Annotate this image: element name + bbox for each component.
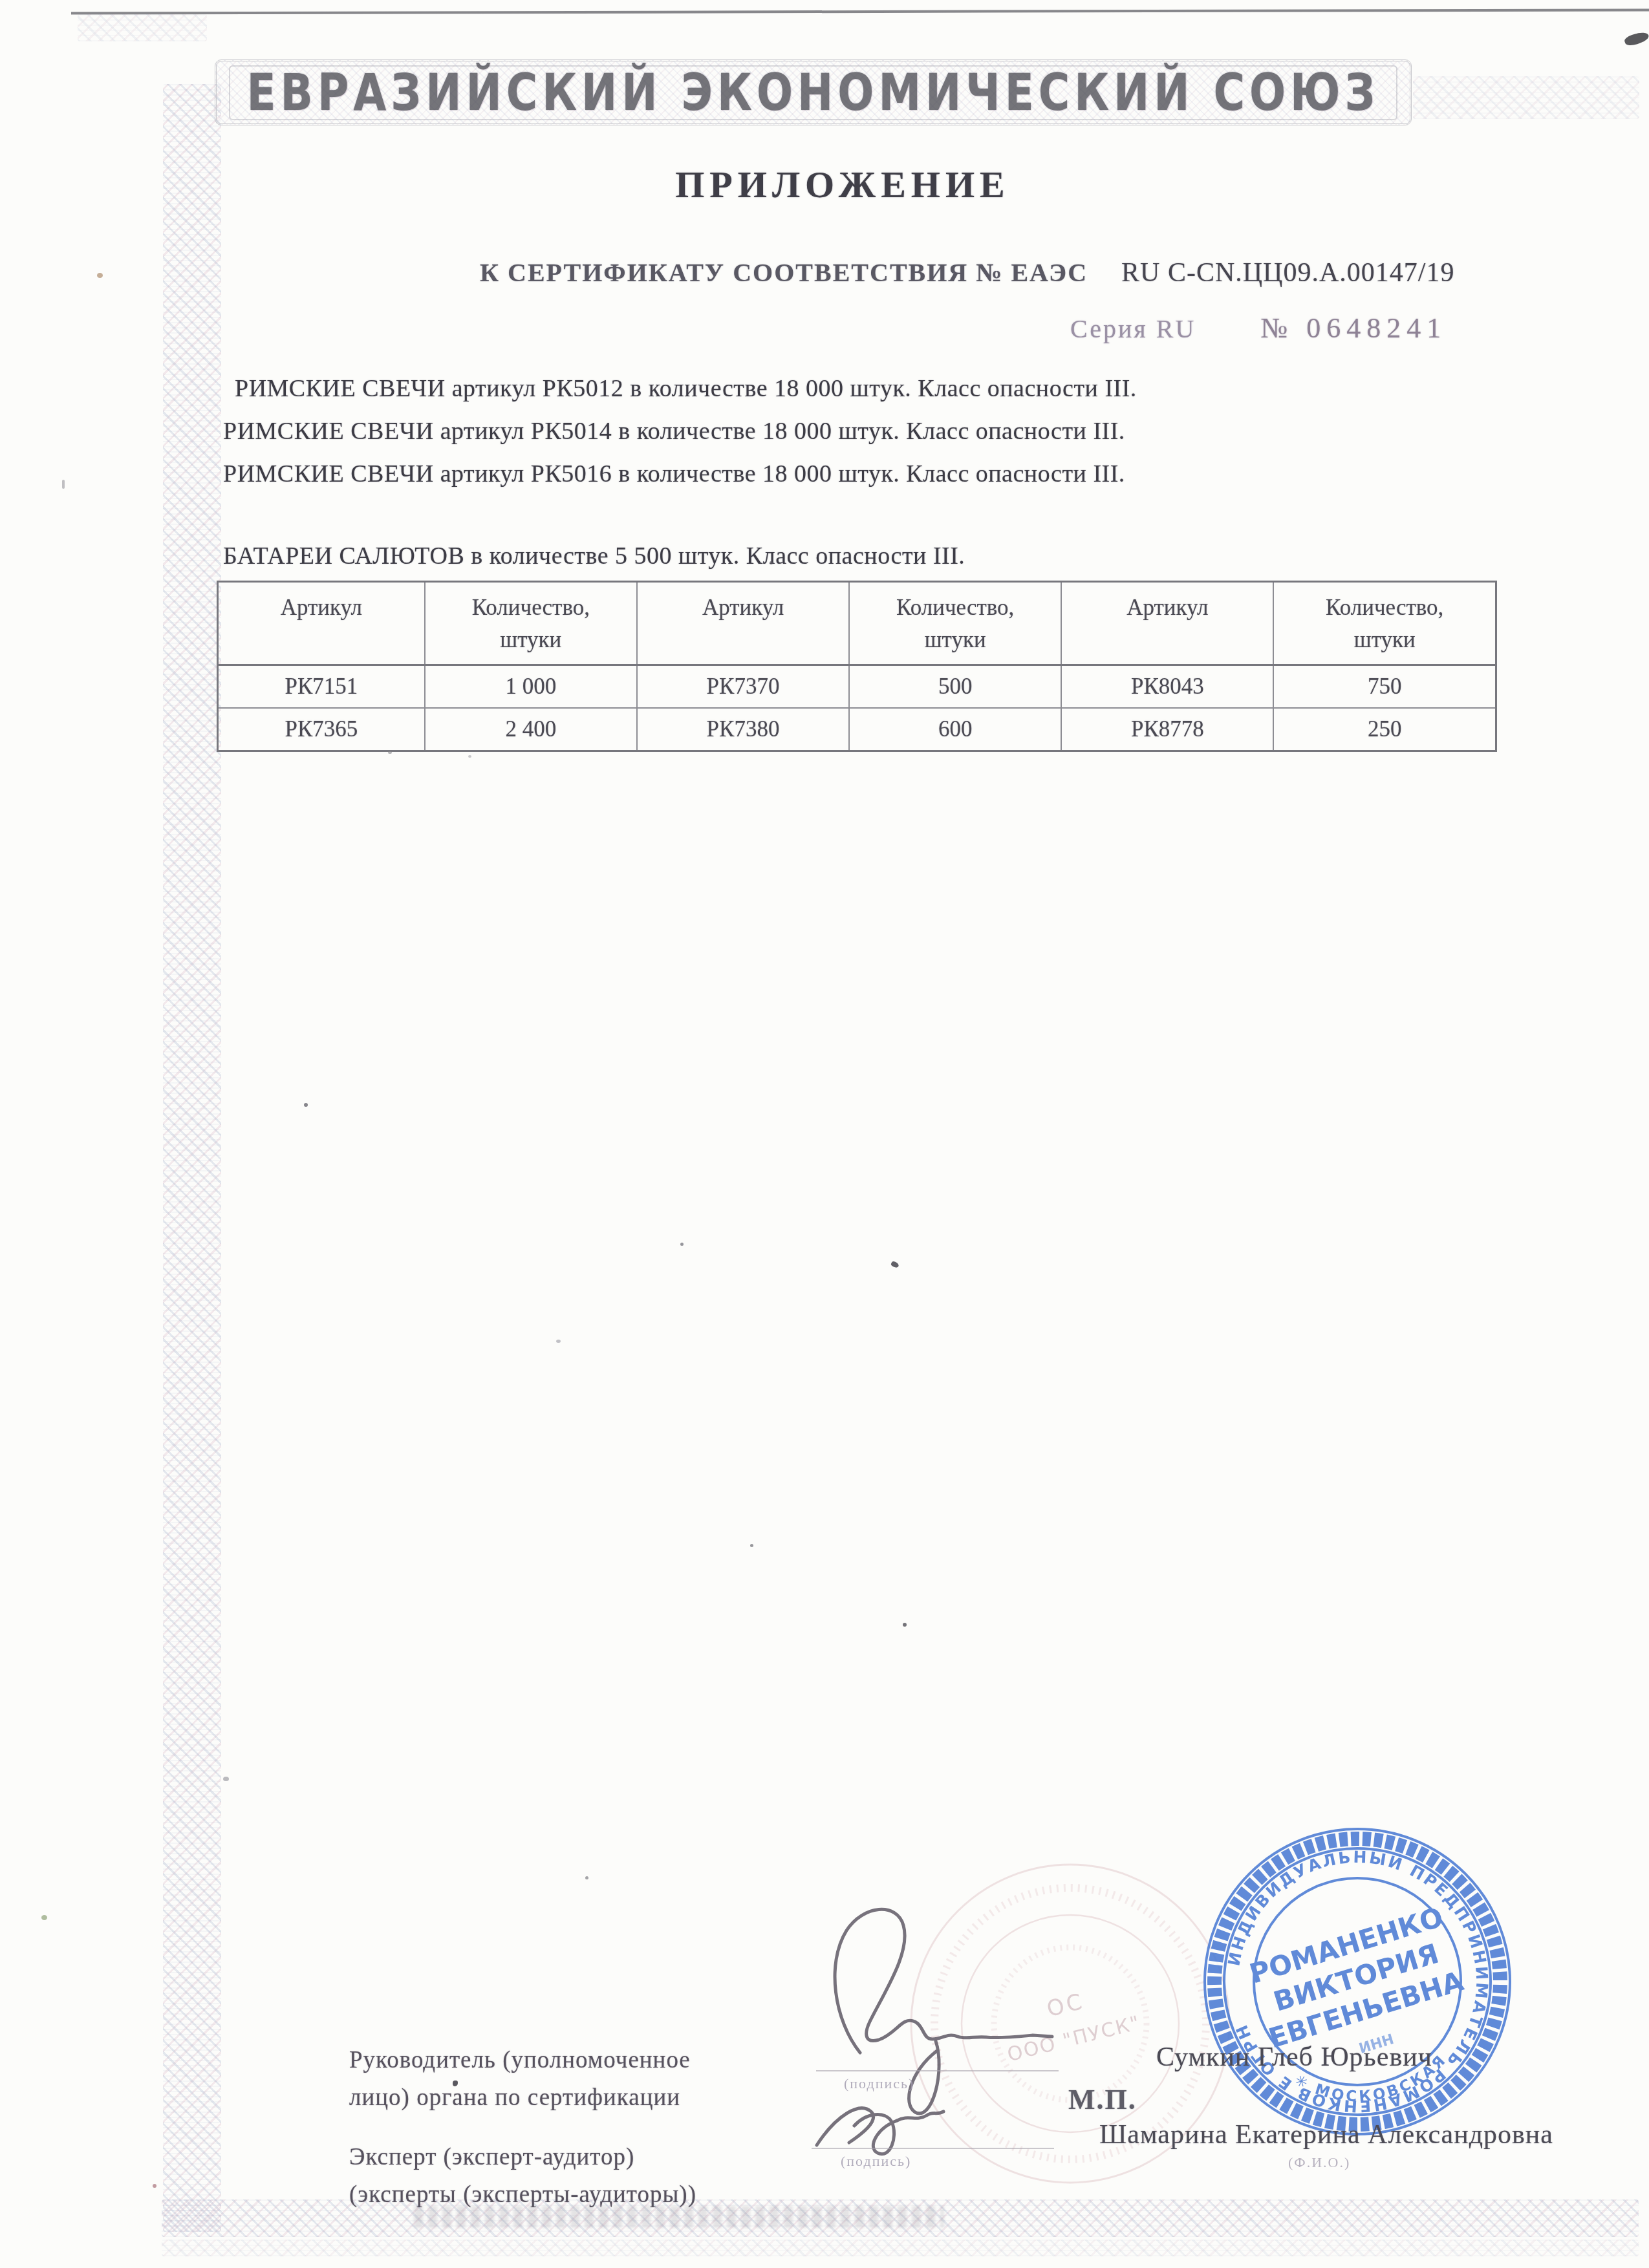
role-line: Руководитель (уполномоченное [349,2042,691,2079]
scan-speck [41,1915,47,1920]
scan-corner-blot [1623,30,1649,48]
signature-caption: (подпись) [841,2153,911,2170]
table-cell: РК7151 [218,665,425,709]
certificate-subtitle: К СЕРТИФИКАТУ СООТВЕТСТВИЯ № ЕАЭС [480,258,1088,287]
scan-speck [62,480,65,489]
table-header-cell: Артикул [637,582,849,665]
certificate-number: RU С-CN.ЦЦ09.А.00147/19 [1121,258,1454,288]
header-label: Артикул [702,595,784,620]
eaeu-banner-frame: ЕВРАЗИЙСКИЙ ЭКОНОМИЧЕСКИЙ СОЮЗ [229,65,1398,120]
scan-speck [468,755,471,758]
table-cell: 750 [1273,665,1496,709]
scan-speck [153,2184,156,2188]
table-header-cell: Артикул [218,582,425,665]
header-label: Артикул [281,595,362,620]
role-line: лицо) органа по сертификации [349,2079,691,2117]
table-cell: РК7370 [637,665,849,709]
scan-top-line [71,8,1649,14]
scan-speck [585,1876,588,1879]
scan-speck [97,273,103,278]
fio-caption: (Ф.И.О.) [1288,2154,1350,2171]
eaeu-banner: ЕВРАЗИЙСКИЙ ЭКОНОМИЧЕСКИЙ СОЮЗ [215,59,1412,125]
product-line: РИМСКИЕ СВЕЧИ артикул РК5016 в количеств… [223,453,1137,495]
scan-speck [556,1340,561,1343]
role-line: Эксперт (эксперт-аудитор) [349,2139,696,2176]
signature-head [835,1909,1052,2053]
scan-speck [304,1103,308,1107]
expert-signatory-name: Шамарина Екатерина Александровна [1099,2119,1553,2150]
scan-speck [223,1777,229,1781]
certificate-subtitle-row: К СЕРТИФИКАТУ СООТВЕТСТВИЯ № ЕАЭС RU С-C… [480,257,1454,288]
table-header-cell: Артикул [1061,582,1273,665]
scan-speck [903,1623,907,1627]
table-cell: 600 [849,708,1061,751]
series-label: Серия RU [1070,314,1196,343]
scan-speck [770,561,773,564]
scan-speck [388,751,392,754]
table-cell: 250 [1273,708,1496,751]
signature-line [816,2070,1059,2071]
header-label: Количество, [1326,595,1443,620]
header-label: Количество, [472,595,590,620]
signature-line [812,2148,1054,2149]
header-label: Количество, [896,595,1014,620]
table-header-cell: Количество,штуки [1273,582,1496,665]
table-cell: 2 400 [425,708,637,751]
page-title: ПРИЛОЖЕНИЕ [18,163,1649,206]
role-line: (эксперты (эксперты-аудиторы)) [349,2176,696,2214]
batteries-line: БАТАРЕИ САЛЮТОВ в количестве 5 500 штук.… [223,542,965,570]
table-cell: 1 000 [425,665,637,709]
table-cell: РК8043 [1061,665,1273,709]
header-label: штуки [1354,627,1416,652]
signatory-role-expert: Эксперт (эксперт-аудитор) (эксперты (экс… [349,2139,696,2214]
scan-speck [890,1261,900,1268]
signatory-role-head: Руководитель (уполномоченное лицо) орган… [349,2042,691,2117]
blank-number: № 0648241 [1260,312,1447,344]
table-cell: РК7380 [637,708,849,751]
scan-speck [750,1544,753,1547]
signatures [799,1888,1122,2172]
product-line: РИМСКИЕ СВЕЧИ артикул РК5014 в количеств… [223,410,1137,453]
table-header-cell: Количество,штуки [425,582,637,665]
table-cell: 500 [849,665,1061,709]
signature-caption: (подпись) [844,2075,914,2092]
seal-abbr: М.П. [1068,2083,1137,2116]
header-label: штуки [500,627,561,652]
round-stamp: ИНДИВИДУАЛЬНЫЙ ПРЕДПРИНИМАТЕЛЬ РОМАНЕНКО… [1200,1824,1514,2139]
border-strip-left [163,84,221,2232]
product-lines: РИМСКИЕ СВЕЧИ артикул РК5012 в количеств… [223,367,1137,495]
border-strip-top-right [1413,76,1639,119]
product-line: РИМСКИЕ СВЕЧИ артикул РК5012 в количеств… [223,367,1137,410]
table-cell: РК8778 [1061,708,1273,751]
header-label: Артикул [1126,595,1208,620]
table-row: РК7365 2 400 РК7380 600 РК8778 250 [218,708,1496,751]
eaeu-banner-text: ЕВРАЗИЙСКИЙ ЭКОНОМИЧЕСКИЙ СОЮЗ [247,63,1380,122]
scanned-certificate-page: ЕВРАЗИЙСКИЙ ЭКОНОМИЧЕСКИЙ СОЮЗ ПРИЛОЖЕНИ… [0,0,1649,2268]
series-row: Серия RU № 0648241 [1070,312,1447,345]
head-signatory-name: Сумкин Глеб Юрьевич [1156,2042,1432,2073]
table-header-row: Артикул Количество,штуки Артикул Количес… [218,582,1496,665]
quantities-table: Артикул Количество,штуки Артикул Количес… [217,581,1497,752]
header-label: штуки [925,627,986,652]
table-row: РК7151 1 000 РК7370 500 РК8043 750 [218,665,1496,709]
table-cell: РК7365 [218,708,425,751]
scan-speck [680,1243,684,1246]
table-header-cell: Количество,штуки [849,582,1061,665]
border-strip-bottom-echo [162,2240,1639,2256]
border-strip-top-left [78,14,207,41]
